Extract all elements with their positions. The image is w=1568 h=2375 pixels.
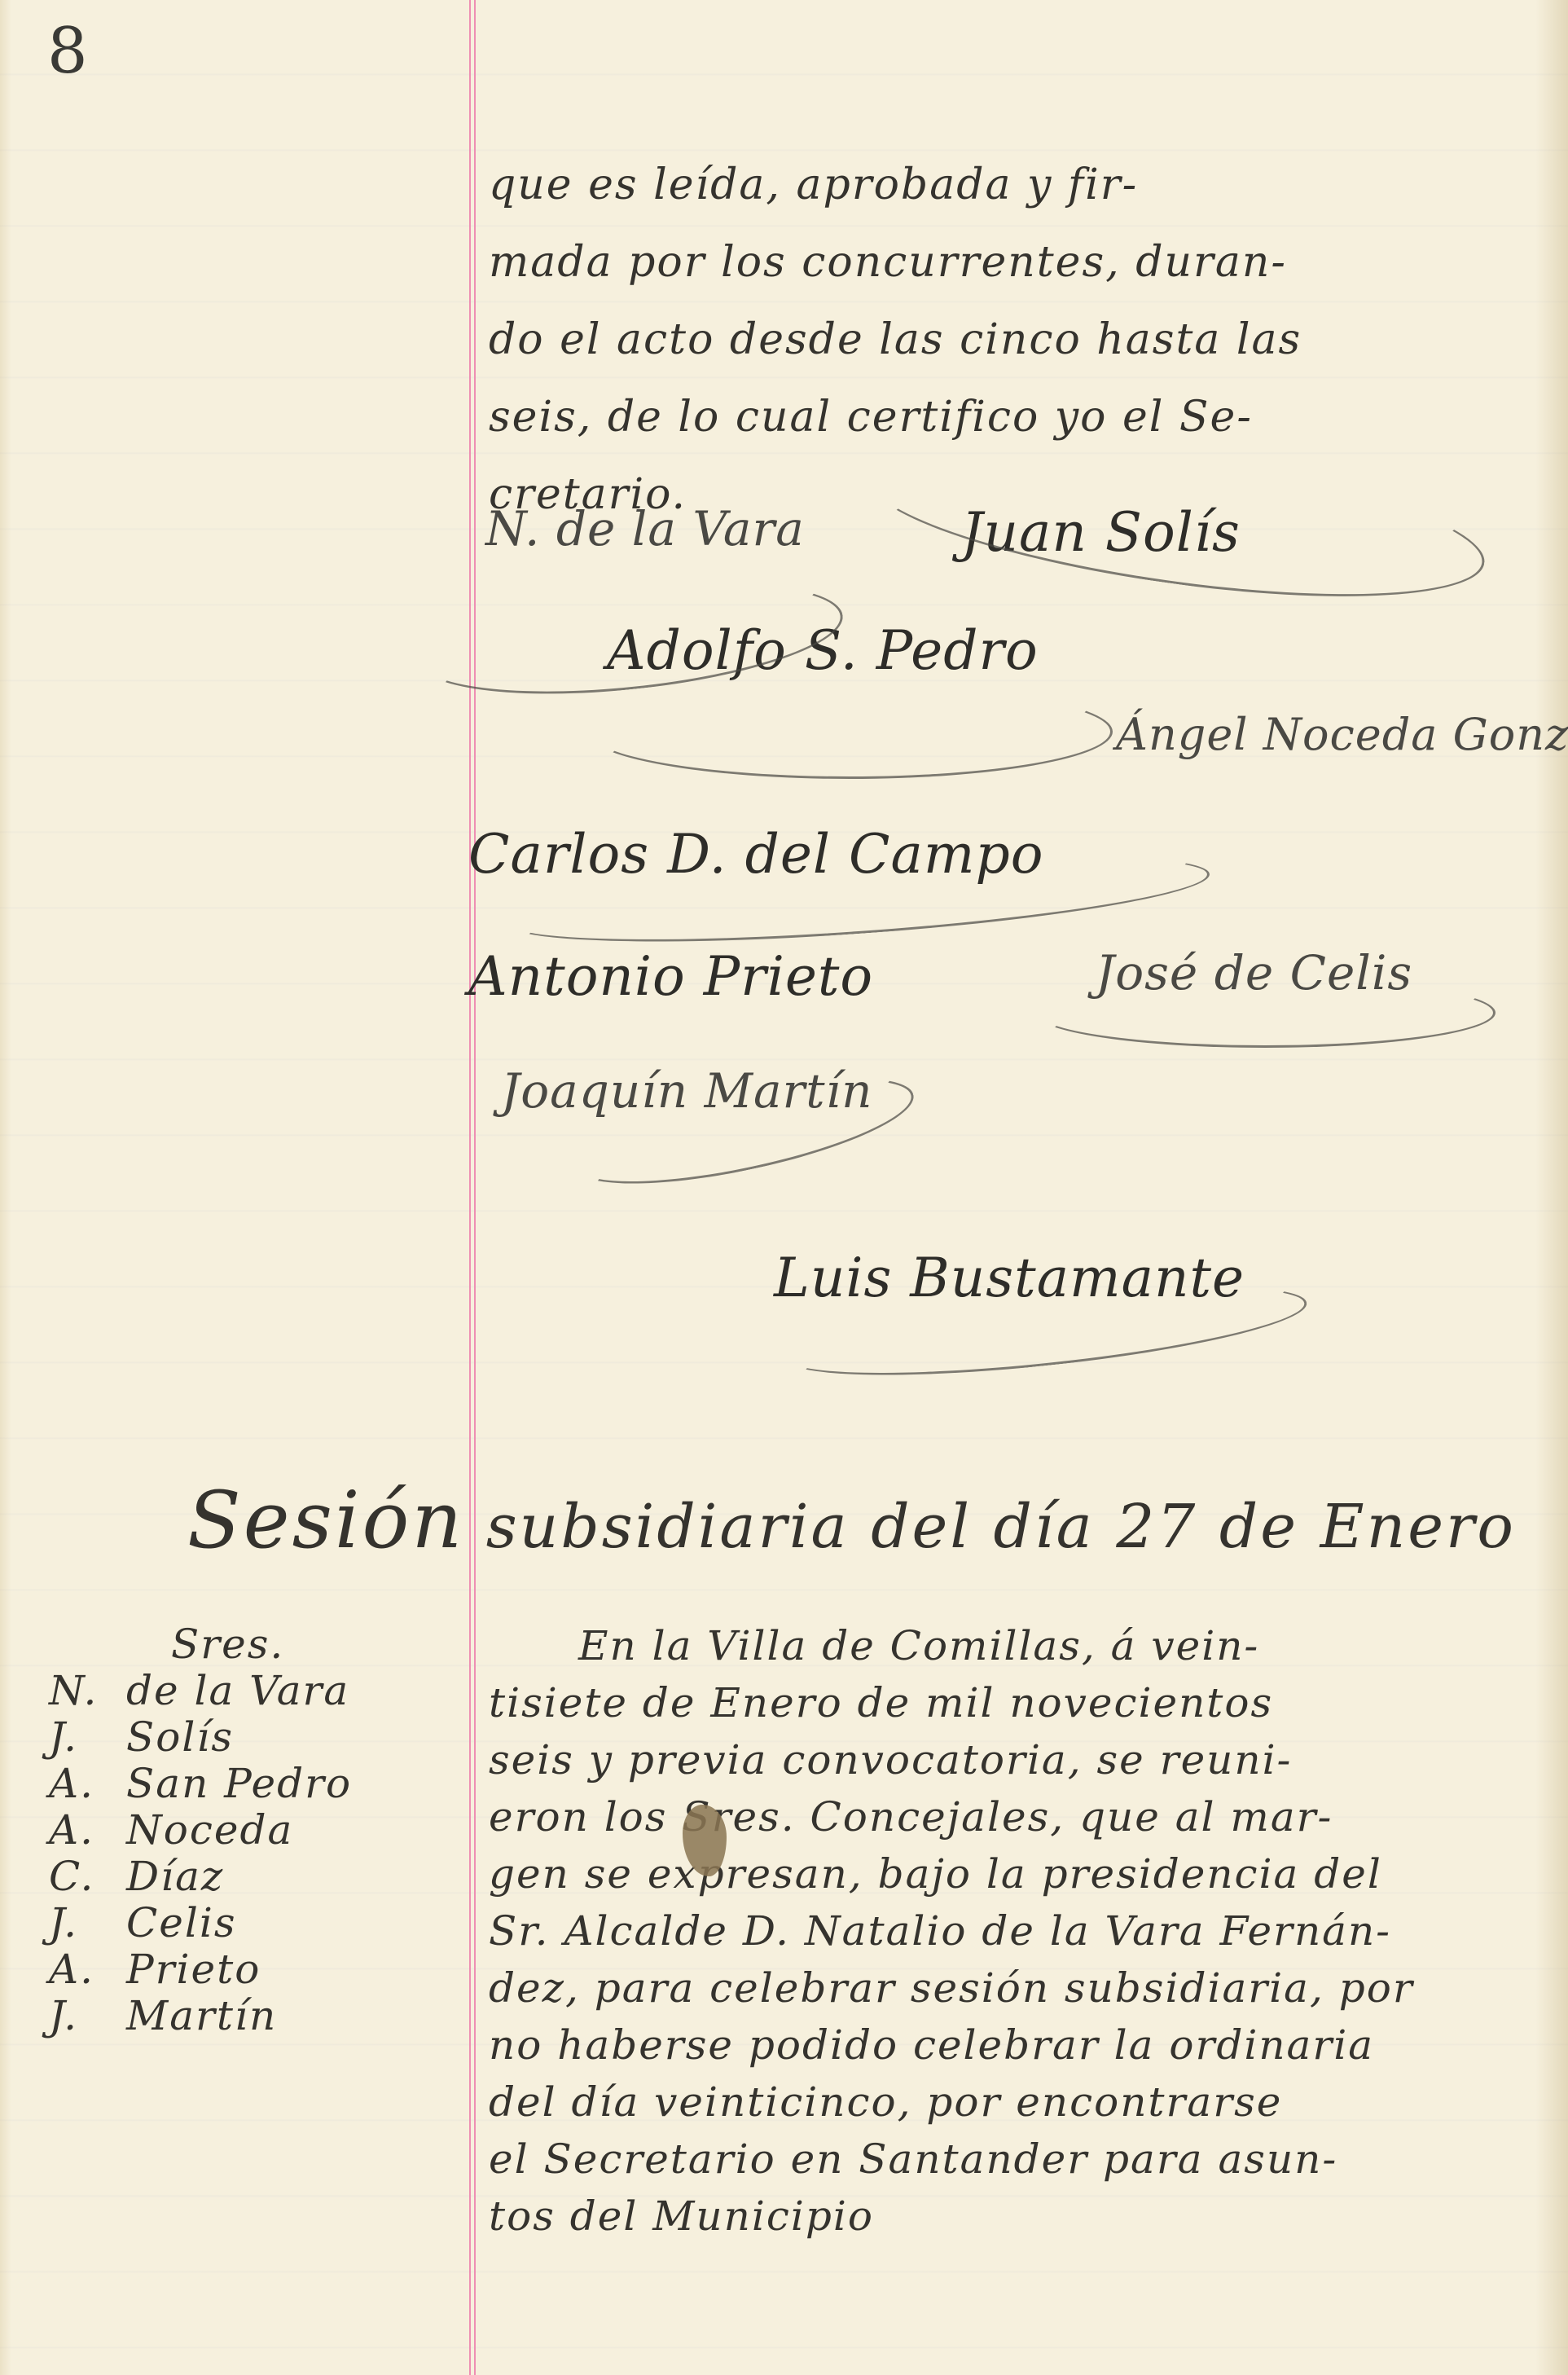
text-line: mada por los concurrentes, duran- xyxy=(489,224,1515,301)
attendee-row: J.Martín xyxy=(49,1993,424,2039)
text-line: tisiete de Enero de mil novecientos xyxy=(489,1674,1515,1731)
attendees-header: Sres. xyxy=(49,1621,424,1668)
attendee-row: A.Noceda xyxy=(49,1807,424,1854)
text-line: En la Villa de Comillas, á vein- xyxy=(489,1617,1515,1674)
text-line: gen se expresan, bajo la presidencia del xyxy=(489,1845,1515,1902)
session-heading: Sesión subsidiaria del día 27 de Enero xyxy=(187,1475,1531,1566)
attendees-margin-list: Sres. N.de la Vara J.Solís A.San Pedro A… xyxy=(49,1621,424,2039)
signature-flourish xyxy=(586,684,1113,779)
text-line: tos del Municipio xyxy=(489,2188,1515,2245)
attendee-row: A.Prieto xyxy=(49,1946,424,1993)
text-line: do el acto desde las cinco hasta las xyxy=(489,301,1515,379)
attendee-row: J.Celis xyxy=(49,1900,424,1946)
attendee-row: C.Díaz xyxy=(49,1854,424,1900)
page-number: 8 xyxy=(47,15,88,88)
text-line: dez, para celebrar sesión subsidiaria, p… xyxy=(489,1959,1515,2017)
signature-angel-noceda-gonzalez: Ángel Noceda González xyxy=(1116,709,1568,760)
text-line: del día veinticinco, por encontrarse xyxy=(489,2074,1515,2131)
session-heading-first-word: Sesión xyxy=(187,1475,464,1566)
session-body-text: En la Villa de Comillas, á vein- tisiete… xyxy=(489,1617,1515,2245)
text-line: el Secretario en Santander para asun- xyxy=(489,2131,1515,2188)
text-line: que es leída, aprobada y fir- xyxy=(489,147,1515,224)
text-line: eron los Sres. Concejales, que al mar- xyxy=(489,1788,1515,1845)
signature-flourish xyxy=(1034,978,1496,1048)
text-line: no haberse podido celebrar la ordinaria xyxy=(489,2017,1515,2074)
signature-de-la-vara: N. de la Vara xyxy=(485,501,805,556)
pink-margin-rule xyxy=(469,0,476,2375)
attendee-row: J.Solís xyxy=(49,1714,424,1761)
attendee-row: A.San Pedro xyxy=(49,1761,424,1807)
text-line: seis y previa convocatoria, se reuni- xyxy=(489,1731,1515,1788)
text-line: Sr. Alcalde D. Natalio de la Vara Fernán… xyxy=(489,1902,1515,1959)
attendee-row: N.de la Vara xyxy=(49,1668,424,1714)
signature-antonio-prieto: Antonio Prieto xyxy=(468,945,873,1008)
session-heading-rest: subsidiaria del día 27 de Enero xyxy=(486,1492,1516,1562)
ledger-page: 8 que es leída, aprobada y fir- mada por… xyxy=(0,0,1568,2375)
